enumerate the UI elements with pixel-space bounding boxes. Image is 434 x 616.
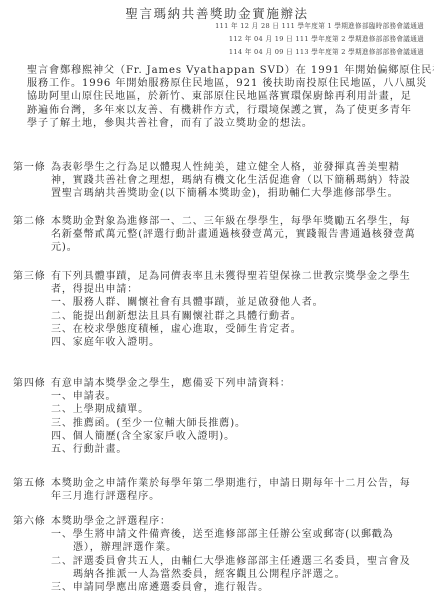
article-6: 第六條 本獎助學金之評選程序： 一、學生將申請文件備齊後，送至進修部部主任辦公室… <box>13 515 428 594</box>
list-item: 二、上學期成績單。 <box>51 403 428 416</box>
list-item: 一、申請表。 <box>51 390 428 403</box>
article-label: 第二條 <box>13 215 51 255</box>
article-5: 第五條 本獎助金之申請作業於每學年第二學期進行，申請日期每年十二月公告，每 年三… <box>13 477 428 503</box>
article-label: 第四條 <box>13 377 51 456</box>
article-line: 神，實踐共善社會之理想，瑪納有機文化生活促進會（以下簡稱瑪納）特設 <box>51 174 428 187</box>
article-line: 本獎助金之申請作業於每學年第二學期進行，申請日期每年十二月公告，每 <box>51 477 428 490</box>
article-line: 有意申請本獎學金之學生，應備妥下列申請資料： <box>51 377 428 390</box>
document-page: 聖言瑪納共善獎助金實施辦法 111 年 12 月 28 日 111 學年度第 1… <box>0 0 434 616</box>
intro-line: 服務工作。1996 年開始服務原住民地區，921 後扶助南投原住民地區，八八風災 <box>27 77 425 90</box>
article-line: 為表彰學生之行為足以體現人性純美，建立健全人格，並發揮真善美聖精 <box>51 161 428 174</box>
article-line: 本獎助金對象為進修部一、二、三年級在學學生，每學年獎勵五名學生，每 <box>51 215 428 228</box>
article-1: 第一條 為表彰學生之行為足以體現人性純美，建立健全人格，並發揮真善美聖精 神，實… <box>13 161 428 201</box>
intro-line: 學子了解土地，參與共善社會，而有了設立獎助金的想法。 <box>27 117 425 130</box>
article-label: 第六條 <box>13 515 51 594</box>
intro-paragraph: 聖言會鄭穆熙神父（Fr. James Vyathappan SVD）在 1991… <box>27 64 425 130</box>
list-item: 四、家庭年收入證明。 <box>51 336 428 349</box>
list-item: 一、學生將申請文件備齊後，送至進修部部主任辦公室或郵寄(以郵戳為 <box>51 528 428 541</box>
list-item: 三、在校求學態度積極，虛心進取，受師生肯定者。 <box>51 323 428 336</box>
intro-line: 聖言會鄭穆熙神父（Fr. James Vyathappan SVD）在 1991… <box>27 64 425 77</box>
article-line: 名新臺幣貳萬元整(評選行動計畫通過核發壹萬元，實踐報告書通過核發壹萬 <box>51 228 428 241</box>
article-label: 第五條 <box>13 477 51 503</box>
list-item: 二、評選委員會共五人，由輔仁大學進修部部主任遴選三名委員，聖言會及 <box>51 555 428 568</box>
article-2: 第二條 本獎助金對象為進修部一、二、三年級在學學生，每學年獎勵五名學生，每 名新… <box>13 215 428 255</box>
list-item-continuation: 瑪納各推派一人為當然委員，經客觀且公開程序評選之。 <box>51 568 428 581</box>
list-item: 二、能提出創新想法且具有關懷社群之具體行動者。 <box>51 310 428 323</box>
article-line: 置聖言瑪納共善獎助金(以下簡稱本獎助金)，捐助輔仁大學進修部學生。 <box>51 187 428 200</box>
article-label: 第三條 <box>13 270 51 349</box>
list-item: 三、推薦函。(至少一位輔大師長推薦)。 <box>51 417 428 430</box>
list-item-continuation: 憑），辦理評選作業。 <box>51 541 428 554</box>
article-line: 有下列具體事蹟，足為同儕表率且未獲得聖若望保祿二世教宗獎學金之學生 <box>51 270 428 283</box>
article-line: 者，得提出申請： <box>51 283 428 296</box>
article-label: 第一條 <box>13 161 51 201</box>
approval-line: 114 年 04 月 09 日 113 學年度第 2 學期進修部部務會議通過 <box>215 46 424 59</box>
approval-line: 112 年 04 月 19 日 111 學年度第 2 學期進修部部務會議通過 <box>215 33 424 46</box>
list-item: 四、個人簡歷(含全家家戶收入證明)。 <box>51 430 428 443</box>
article-line: 元)。 <box>51 241 428 254</box>
article-line: 本獎助學金之評選程序： <box>51 515 428 528</box>
article-4: 第四條 有意申請本獎學金之學生，應備妥下列申請資料： 一、申請表。 二、上學期成… <box>13 377 428 456</box>
intro-line: 跡遍佈台灣，多年來以友善、有機耕作方式，行環境保護之實，為了使更多青年 <box>27 104 425 117</box>
list-item: 五、行動計畫。 <box>51 443 428 456</box>
approval-line: 111 年 12 月 28 日 111 學年度第 1 學期進修部臨時部務會議通過 <box>215 20 424 33</box>
article-3: 第三條 有下列具體事蹟，足為同儕表率且未獲得聖若望保祿二世教宗獎學金之學生 者，… <box>13 270 428 349</box>
approval-history: 111 年 12 月 28 日 111 學年度第 1 學期進修部臨時部務會議通過… <box>215 20 424 59</box>
article-line: 年三月進行評選程序。 <box>51 490 428 503</box>
intro-line: 協助阿里山原住民地區，於新竹、東部原住民地區落實環保廚餘再利用計畫，足 <box>27 90 425 103</box>
list-item: 三、申請同學應出席遴選委員會，進行報告。 <box>51 581 428 594</box>
list-item: 一、服務人群、關懷社會有具體事蹟，並足啟發他人者。 <box>51 296 428 309</box>
